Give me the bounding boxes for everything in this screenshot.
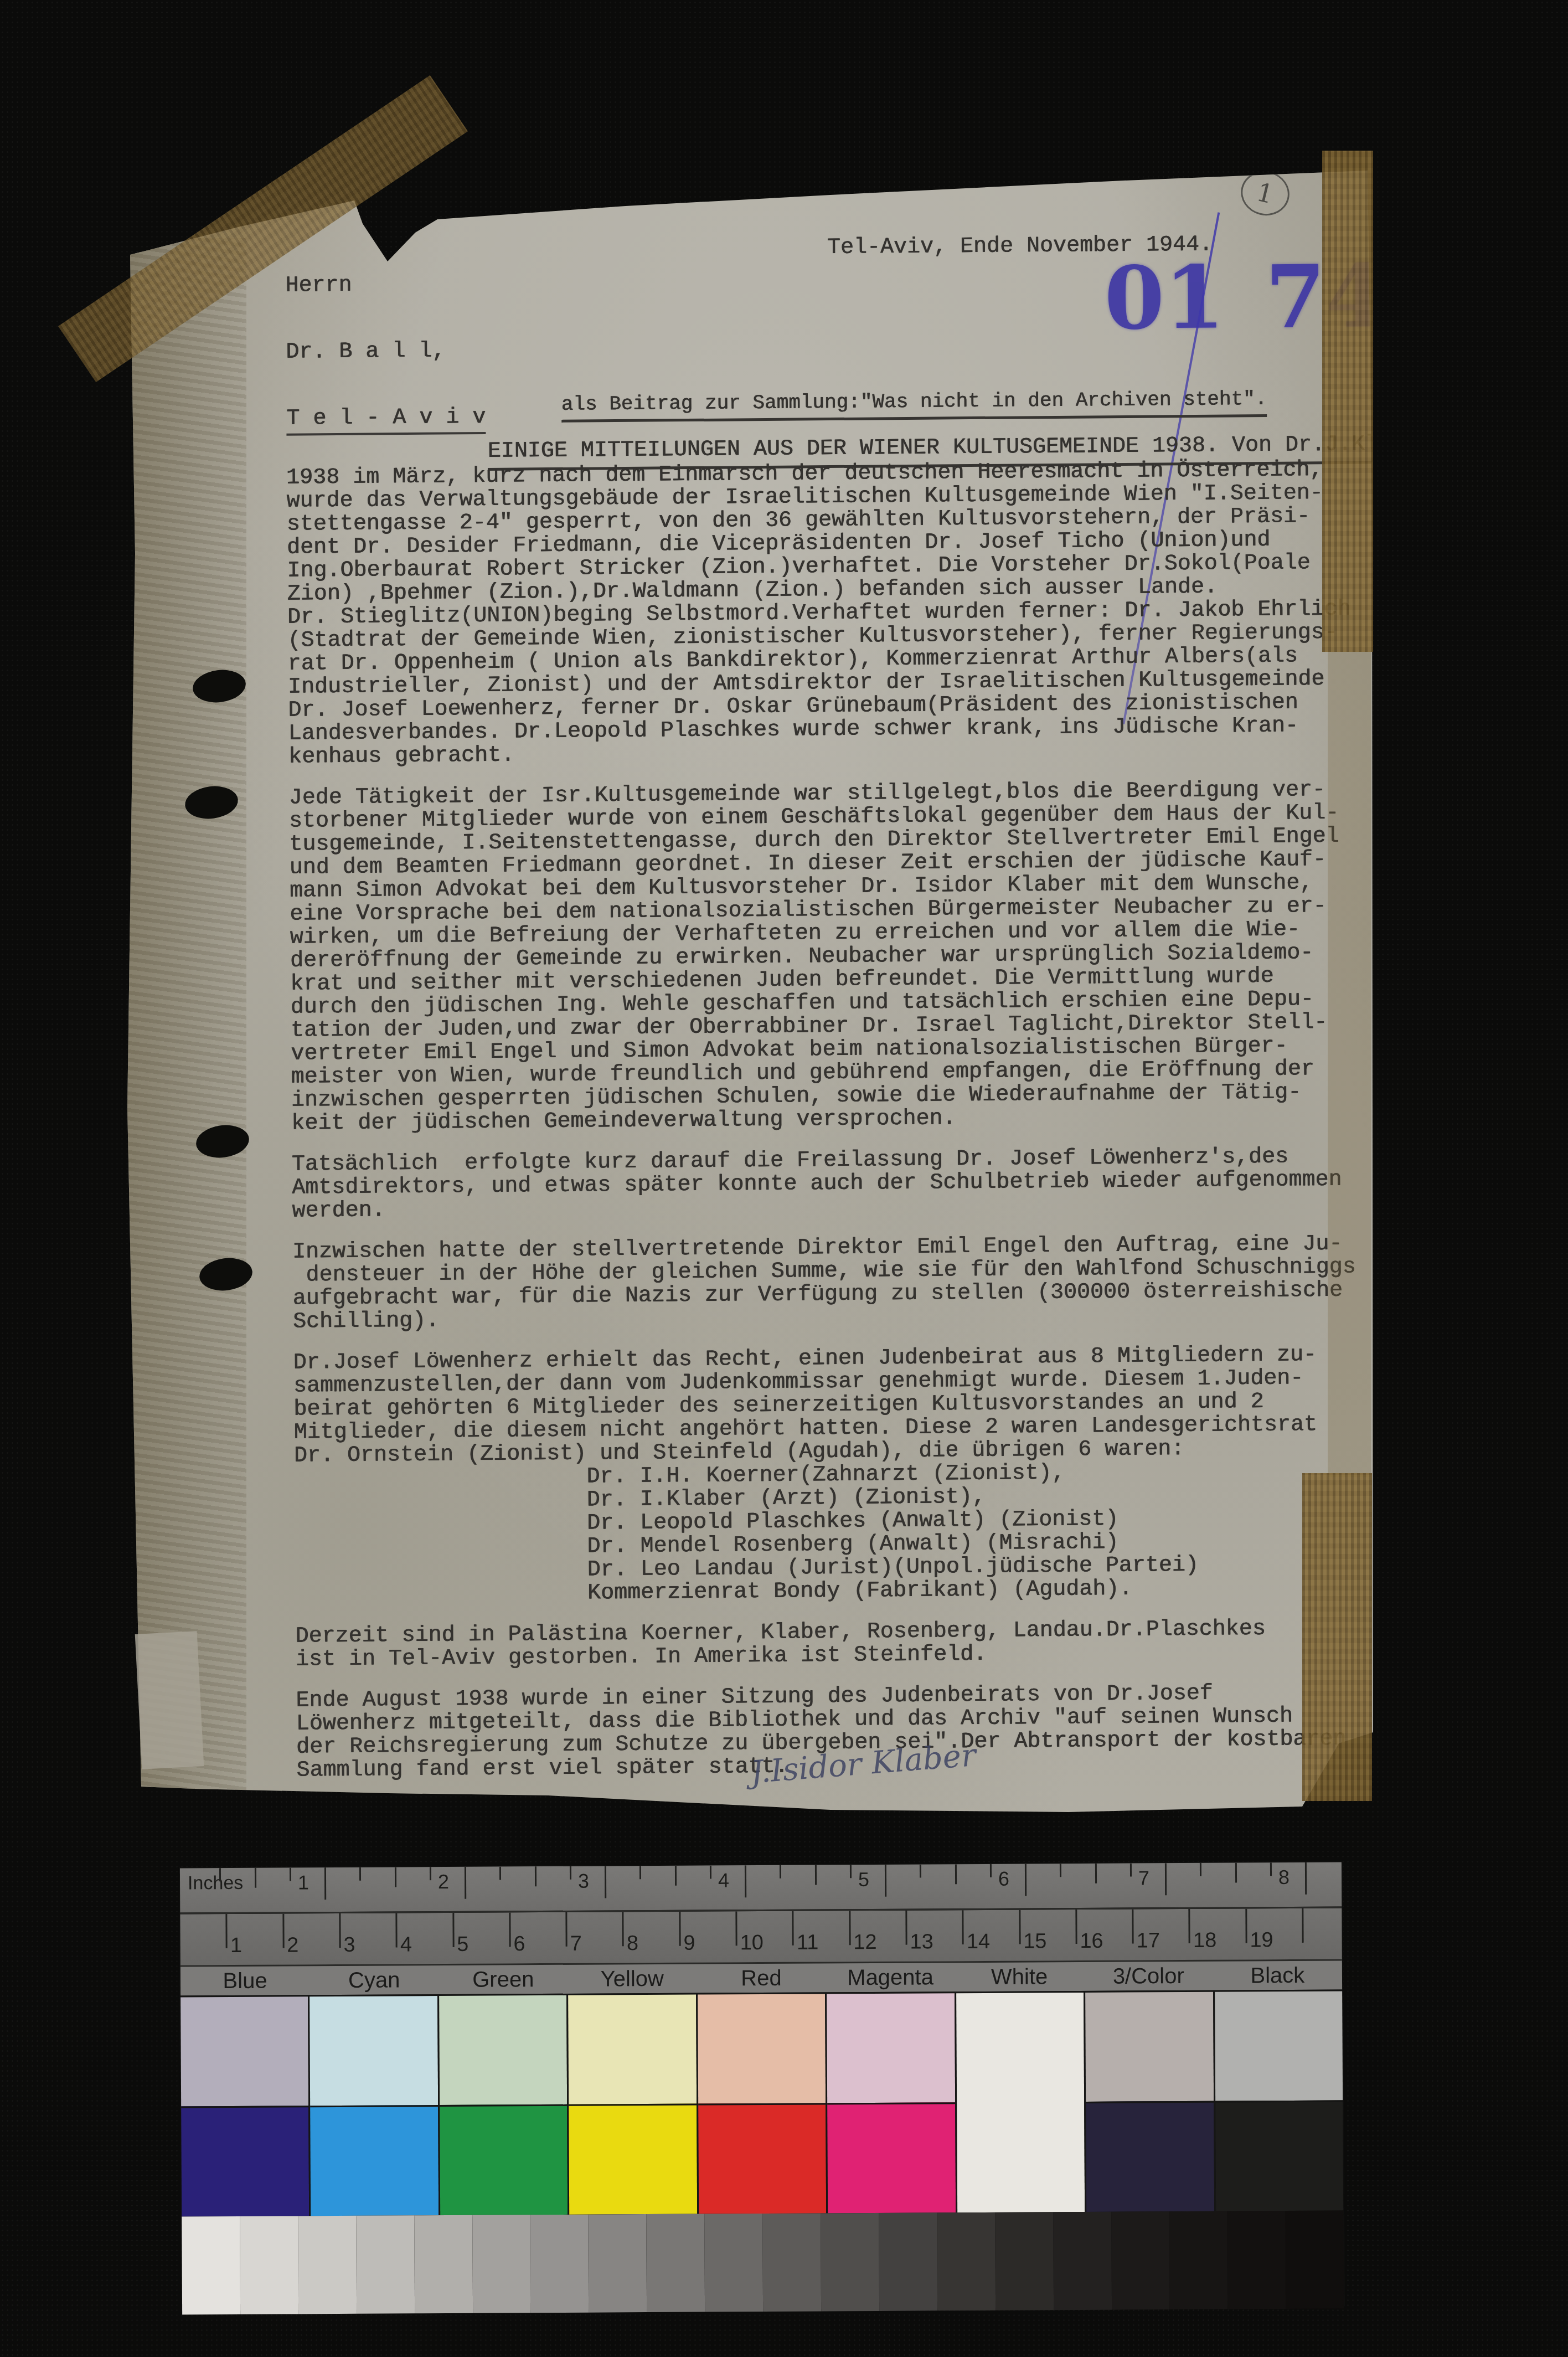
cm-tick — [622, 1912, 624, 1946]
inch-number: 5 — [858, 1868, 869, 1891]
inch-tick — [814, 1865, 816, 1885]
cm-tick — [1189, 1909, 1190, 1943]
cm-tick — [1302, 1908, 1303, 1943]
ruler-inches: Inches 12345678 — [180, 1862, 1342, 1913]
gray-step — [1285, 2211, 1344, 2309]
inch-tick — [359, 1867, 361, 1881]
cm-number: 17 — [1137, 1929, 1160, 1953]
inch-tick — [324, 1867, 326, 1900]
patch-column — [1213, 1991, 1344, 2211]
cm-tick — [679, 1912, 680, 1946]
color-patch — [568, 1995, 696, 2104]
color-patch — [310, 1996, 438, 2106]
color-patch — [180, 1996, 308, 2106]
gray-step — [298, 2216, 357, 2314]
inch-tick — [465, 1867, 466, 1899]
cm-number: 10 — [740, 1931, 764, 1955]
color-patch — [1215, 1991, 1343, 2101]
inch-tick — [1270, 1862, 1272, 1876]
recipient-name: Dr. B a l l, — [286, 339, 445, 365]
cm-number: 6 — [513, 1932, 525, 1956]
tape-right-middle — [1328, 652, 1371, 1477]
patch-label: White — [955, 1964, 1084, 1989]
cm-tick — [1019, 1910, 1020, 1944]
patch-label: 3/Color — [1084, 1963, 1213, 1989]
patch-column — [437, 1995, 568, 2215]
patch-column — [825, 1993, 956, 2213]
gray-step — [530, 2215, 589, 2313]
inch-tick — [534, 1866, 536, 1886]
gray-step — [937, 2212, 996, 2311]
gray-step — [646, 2214, 705, 2313]
cm-number: 5 — [457, 1933, 468, 1957]
inch-tick — [1165, 1863, 1167, 1895]
cm-tick — [849, 1911, 850, 1945]
patch-column — [180, 1996, 310, 2216]
inch-tick — [1235, 1863, 1236, 1883]
cm-number: 7 — [570, 1932, 582, 1956]
inch-tick — [290, 1867, 291, 1881]
gray-step — [704, 2214, 763, 2312]
gray-step — [1053, 2212, 1112, 2310]
color-patch — [1085, 1992, 1213, 2102]
patch-label: Magenta — [826, 1965, 955, 1990]
patch-column — [696, 1994, 827, 2214]
grayscale-step-wedge — [182, 2211, 1344, 2315]
page-number-pencil-circle: 1 — [1236, 166, 1294, 220]
cm-tick — [396, 1913, 398, 1947]
patch-label: Red — [697, 1965, 826, 1991]
gray-step — [821, 2213, 879, 2312]
gray-step — [1169, 2211, 1228, 2310]
patch-column — [308, 1996, 439, 2216]
color-patch — [827, 1993, 955, 2103]
gray-step — [356, 2215, 415, 2314]
color-patch — [439, 1995, 567, 2105]
inch-number: 1 — [298, 1871, 309, 1894]
patch-label: Black — [1213, 1963, 1342, 1988]
paragraph: Derzeit sind in Palästina Koerner, Klabe… — [295, 1617, 1436, 1672]
cm-number: 3 — [343, 1933, 355, 1957]
gray-step — [1227, 2211, 1286, 2309]
inch-tick — [850, 1865, 852, 1878]
inch-tick — [1095, 1864, 1096, 1883]
inch-tick — [990, 1864, 992, 1877]
paragraph: Dr.Josef Löwenherz erhielt das Recht, ei… — [293, 1343, 1436, 1608]
color-patch — [698, 1994, 826, 2103]
cm-tick — [792, 1911, 794, 1946]
gray-step — [762, 2213, 821, 2312]
cm-tick — [339, 1913, 341, 1948]
cm-number: 8 — [627, 1932, 638, 1955]
inch-number: 3 — [578, 1870, 589, 1893]
inch-tick — [394, 1867, 396, 1887]
gray-step — [995, 2212, 1054, 2310]
inch-tick — [1130, 1863, 1132, 1876]
patch-label: Cyan — [310, 1968, 439, 1993]
gray-step — [414, 2215, 473, 2314]
patch-column — [1084, 1992, 1214, 2212]
stamp-digits-left: 01 — [1104, 254, 1225, 342]
inch-tick — [780, 1865, 781, 1879]
inch-tick — [219, 1868, 221, 1881]
inch-tick — [1200, 1863, 1201, 1876]
color-patch — [181, 2106, 309, 2217]
gray-step — [182, 2216, 240, 2315]
ruler-unit-label: Inches — [188, 1872, 243, 1895]
cm-number: 1 — [230, 1934, 242, 1958]
cm-number: 18 — [1193, 1929, 1217, 1953]
cm-tick — [1245, 1908, 1247, 1943]
cm-number: 12 — [853, 1931, 877, 1954]
color-patch — [311, 2105, 439, 2216]
page-number: 1 — [1254, 177, 1276, 209]
cm-number: 4 — [400, 1933, 412, 1957]
paragraph: 1938 im März, kurz nach dem Einmarsch de… — [286, 458, 1429, 769]
inch-number: 4 — [718, 1869, 729, 1892]
inch-tick — [254, 1868, 256, 1888]
color-patch — [827, 2102, 955, 2214]
cm-number: 11 — [797, 1931, 819, 1954]
scanned-archival-page: { "annotations": { "page_circle": "1", "… — [0, 0, 1568, 2357]
cm-number: 16 — [1080, 1929, 1103, 1953]
cm-number: 14 — [967, 1930, 991, 1954]
cm-tick — [226, 1914, 228, 1948]
color-patch — [956, 1993, 1085, 2212]
color-patch — [440, 2104, 568, 2215]
cm-number: 19 — [1250, 1928, 1273, 1952]
inch-tick — [639, 1866, 641, 1879]
tape-right-top — [1322, 151, 1373, 652]
ruler-centimeters: 12345678910111213141516171819 — [180, 1907, 1342, 1965]
body-text: 1938 im März, kurz nach dem Einmarsch de… — [286, 458, 1437, 1800]
inch-tick — [885, 1865, 886, 1897]
cm-number: 9 — [683, 1932, 695, 1955]
patch-label: Green — [439, 1967, 568, 1992]
color-calibration-chart: Inches 12345678 123456789101112131415161… — [180, 1862, 1344, 2312]
tape-right-bottom — [1302, 1473, 1372, 1801]
gray-step — [879, 2212, 937, 2311]
cm-tick — [565, 1912, 567, 1947]
inch-number: 8 — [1278, 1866, 1290, 1889]
tape-bottom-left — [135, 1631, 204, 1769]
inch-tick — [1060, 1864, 1061, 1877]
gray-step — [589, 2214, 647, 2313]
gray-step — [1111, 2211, 1170, 2310]
patch-label: Yellow — [568, 1966, 697, 1991]
gray-step — [472, 2215, 531, 2313]
paragraph: Inzwischen hatte der stellvertretende Di… — [292, 1232, 1433, 1334]
color-patch — [569, 2103, 697, 2215]
cm-tick — [509, 1912, 510, 1947]
patch-column — [566, 1995, 697, 2215]
inch-tick — [955, 1864, 956, 1884]
typewritten-content: 1 Tel-Aviv, Ende November 1944. Herrn Dr… — [122, 160, 1381, 1820]
inch-tick — [1025, 1864, 1027, 1896]
patch-column — [955, 1993, 1085, 2212]
gray-step — [240, 2216, 298, 2314]
inch-tick — [920, 1864, 921, 1877]
cm-tick — [1075, 1910, 1077, 1944]
cm-tick — [1132, 1909, 1133, 1943]
inch-tick — [605, 1866, 606, 1898]
inch-number: 2 — [438, 1870, 449, 1893]
patch-label: Blue — [180, 1968, 310, 1994]
cm-number: 2 — [287, 1933, 298, 1957]
cm-tick — [282, 1914, 284, 1948]
cm-tick — [962, 1910, 964, 1944]
cm-tick — [905, 1911, 907, 1945]
inch-tick — [499, 1866, 501, 1880]
color-patch — [1215, 2100, 1343, 2211]
cm-number: 13 — [910, 1930, 933, 1954]
inch-tick — [674, 1866, 676, 1886]
document-page: 1 Tel-Aviv, Ende November 1944. Herrn Dr… — [127, 166, 1373, 1816]
inch-tick — [570, 1866, 571, 1880]
inch-tick — [710, 1865, 711, 1879]
inch-number: 6 — [998, 1867, 1009, 1891]
recipient-address: Herrn Dr. B a l l, T e l - A v i v — [285, 268, 486, 436]
color-patch — [1086, 2101, 1214, 2212]
color-patch-grid — [180, 1990, 1343, 2217]
inch-number: 7 — [1138, 1866, 1149, 1890]
recipient-title: Herrn — [285, 273, 352, 299]
color-patch — [698, 2103, 826, 2214]
cm-tick — [735, 1911, 737, 1946]
inch-tick — [1305, 1862, 1307, 1895]
cm-number: 15 — [1023, 1929, 1047, 1953]
cm-tick — [452, 1913, 454, 1947]
paragraph: Tatsächlich erfolgte kurz darauf die Fre… — [292, 1145, 1433, 1223]
paragraph: Jede Tätigkeit der Isr.Kultusgemeinde wa… — [288, 778, 1432, 1136]
inch-tick — [745, 1865, 746, 1897]
inch-tick — [430, 1867, 431, 1880]
